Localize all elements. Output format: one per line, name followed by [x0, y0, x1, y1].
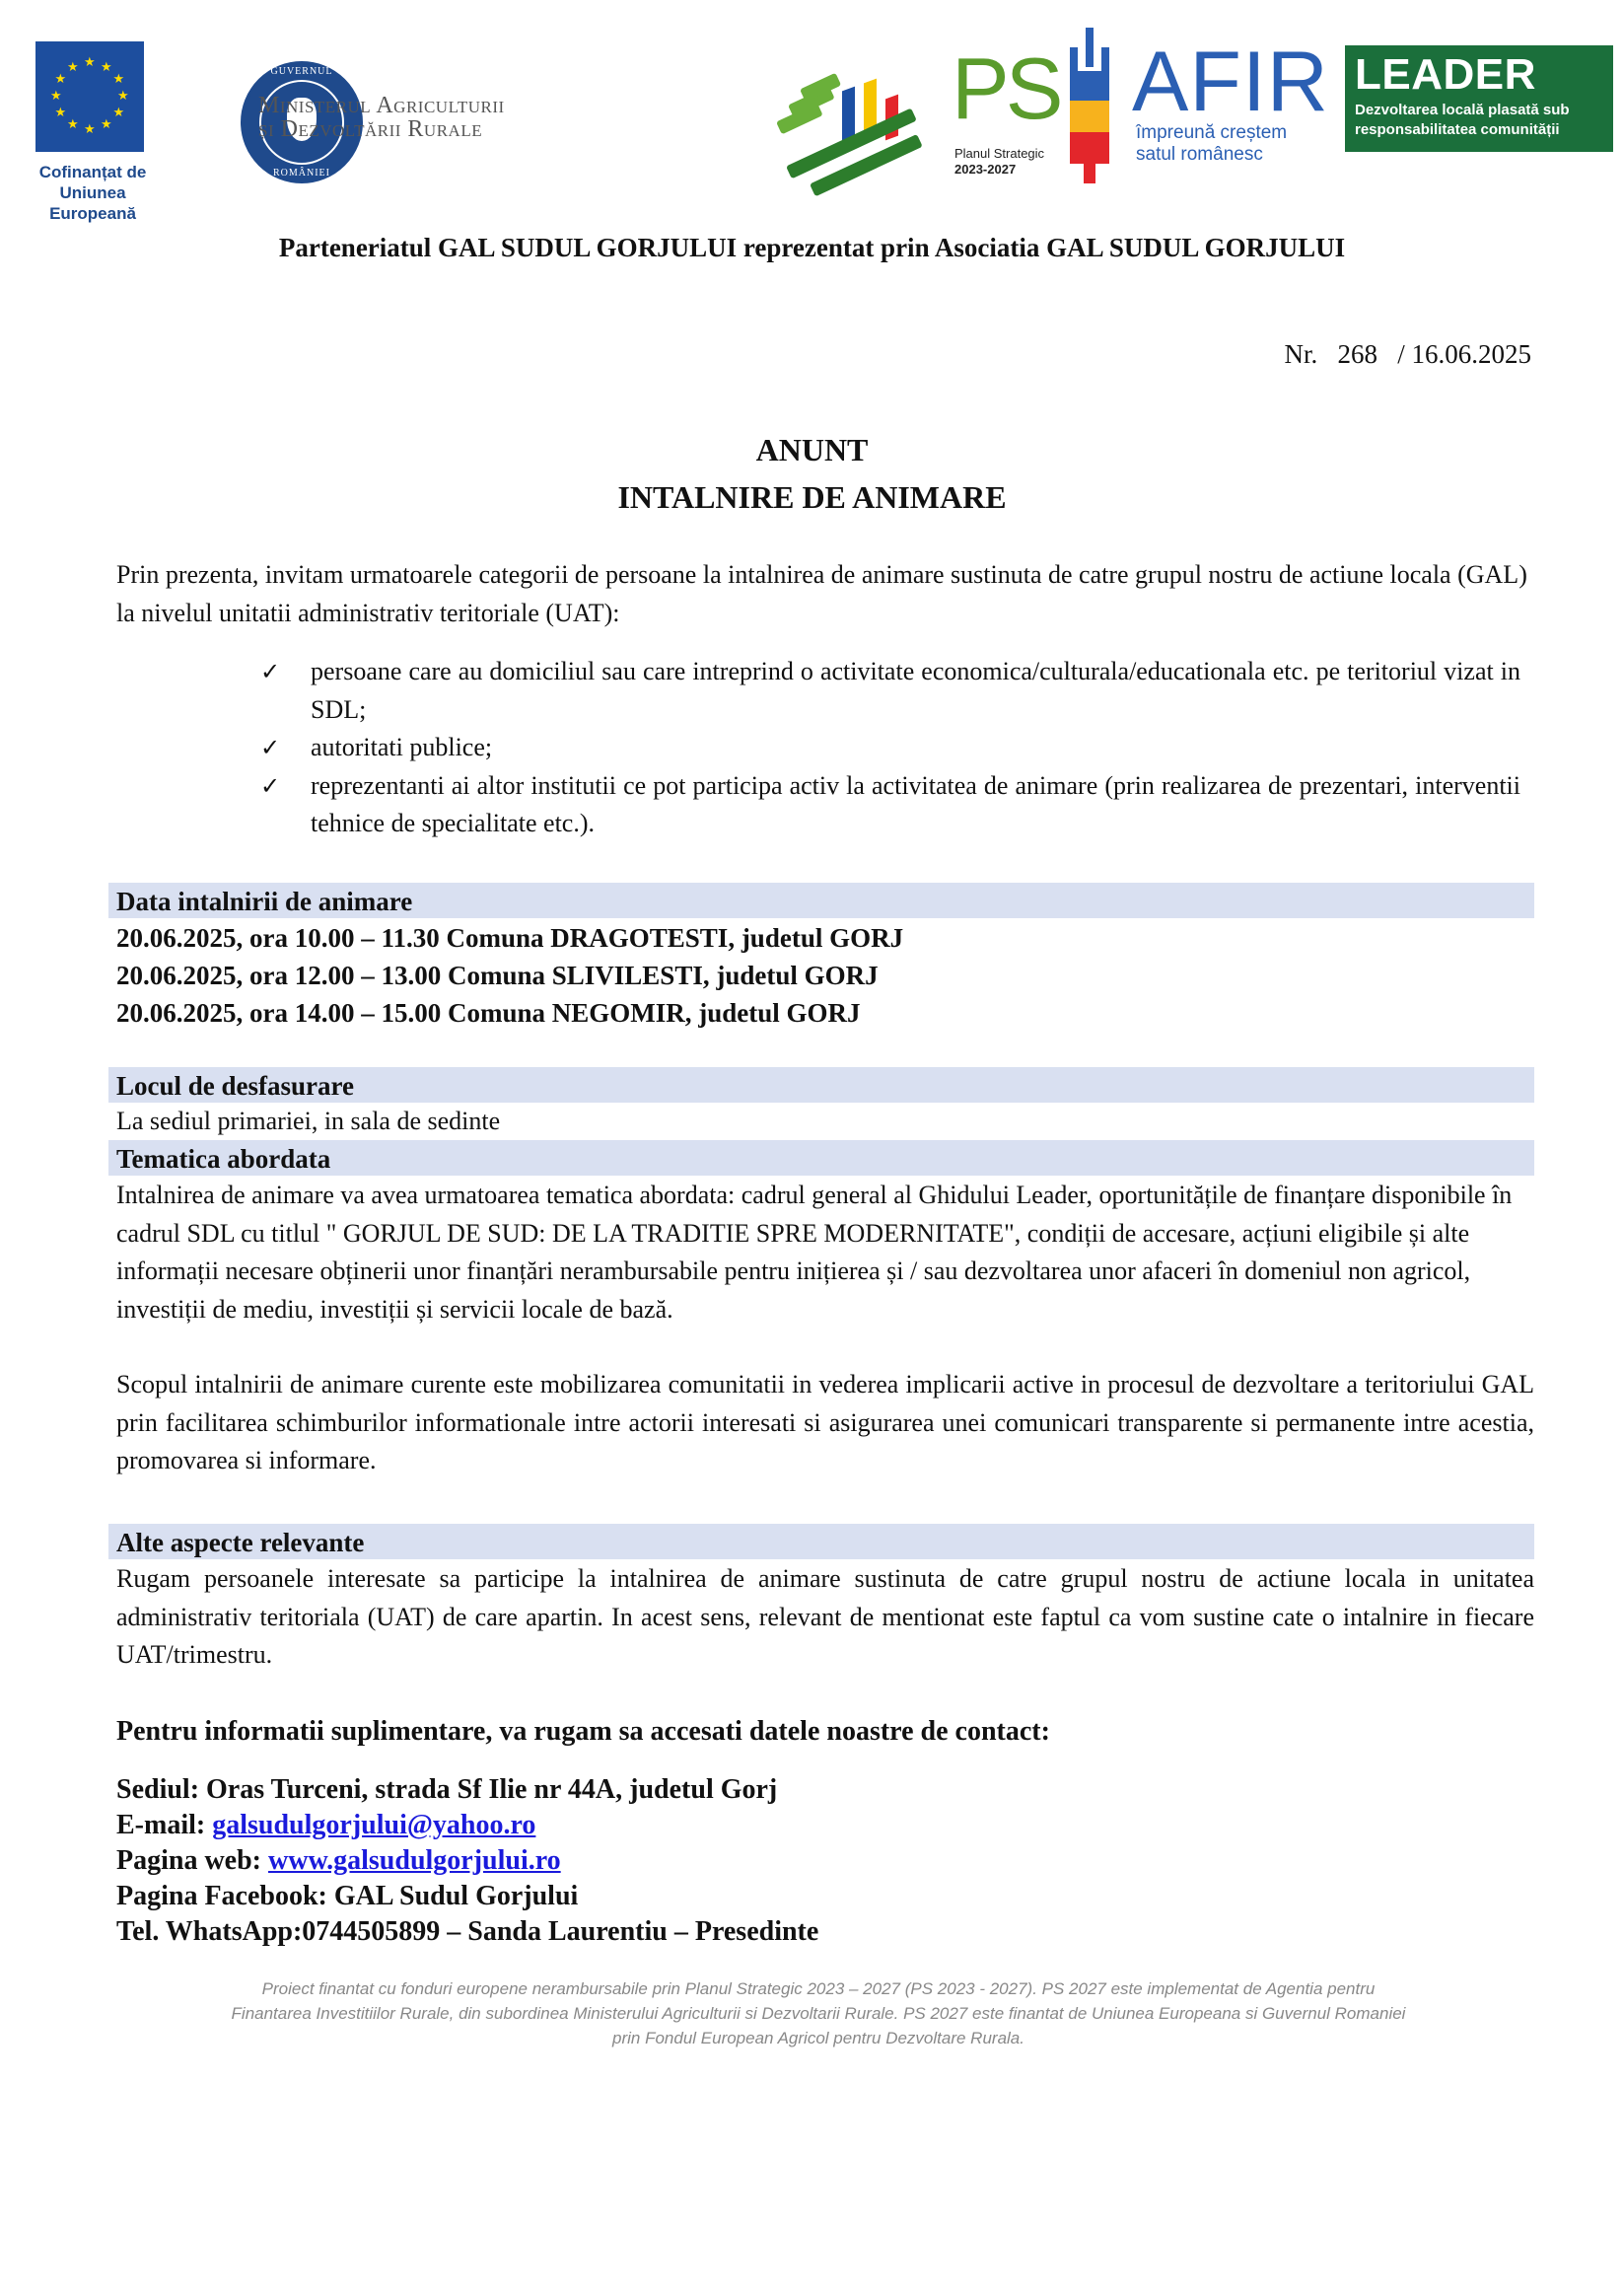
star-icon: ★ — [50, 90, 62, 103]
star-icon: ★ — [55, 73, 67, 86]
star-icon: ★ — [101, 118, 112, 131]
topic-paragraph: Intalnirea de animare va avea urmatoarea… — [116, 1177, 1534, 1328]
ps-subtitle: Planul Strategic 2023-2027 — [954, 146, 1044, 178]
other-paragraph: Rugam persoanele interesate sa participe… — [116, 1560, 1534, 1675]
star-icon: ★ — [84, 123, 96, 136]
ps-stripes-icon — [769, 28, 947, 185]
document-number: Nr. 268 / 16.06.2025 — [1284, 339, 1531, 370]
page-title: ANUNT INTALNIRE DE ANIMARE — [0, 426, 1624, 521]
check-icon: ✓ — [260, 767, 280, 806]
invitee-list: ✓ persoane care au domiciliul sau care i… — [258, 653, 1520, 843]
leader-logo: LEADER Dezvoltarea locală plasată sub re… — [1345, 45, 1613, 152]
contact-web: Pagina web: www.galsudulgorjului.ro — [116, 1843, 561, 1879]
meeting-line: 20.06.2025, ora 14.00 – 15.00 Comuna NEG… — [116, 994, 861, 1032]
ps-logo-text: PS — [952, 45, 1059, 132]
eu-flag-icon: ★★★★★★★★★★★★ — [35, 41, 144, 152]
funding-footer: Proiect finantat cu fonduri europene ner… — [118, 1976, 1518, 2050]
partnership-heading: Parteneriatul GAL SUDUL GORJULUI repreze… — [0, 233, 1624, 263]
location-text: La sediul primariei, in sala de sedinte — [116, 1103, 500, 1140]
logo-strip: ★★★★★★★★★★★★ Cofinanțat de Uniunea Europ… — [0, 0, 1624, 197]
star-icon: ★ — [67, 61, 79, 74]
afir-emblem-icon — [1068, 28, 1113, 183]
email-link[interactable]: galsudulgorjului@yahoo.ro — [212, 1810, 535, 1840]
contact-address: Sediul: Oras Turceni, strada Sf Ilie nr … — [116, 1772, 777, 1808]
star-icon: ★ — [112, 107, 124, 119]
check-icon: ✓ — [260, 729, 280, 767]
eu-caption: Cofinanțat de Uniunea Europeană — [24, 162, 162, 224]
eu-logo: ★★★★★★★★★★★★ Cofinanțat de Uniunea Europ… — [24, 41, 201, 224]
check-icon: ✓ — [260, 653, 280, 691]
section-heading-location: Locul de desfasurare — [108, 1067, 1534, 1103]
list-item: ✓ persoane care au domiciliul sau care i… — [258, 653, 1520, 729]
afir-logo-text: AFIR — [1132, 39, 1329, 124]
section-heading-other: Alte aspecte relevante — [108, 1524, 1534, 1559]
meeting-line: 20.06.2025, ora 10.00 – 11.30 Comuna DRA… — [116, 919, 903, 957]
contact-phone: Tel. WhatsApp:0744505899 – Sanda Laurent… — [116, 1914, 818, 1950]
star-icon: ★ — [55, 107, 67, 119]
contact-email: E-mail: galsudulgorjului@yahoo.ro — [116, 1808, 535, 1843]
contact-facebook: Pagina Facebook: GAL Sudul Gorjului — [116, 1879, 578, 1914]
intro-paragraph: Prin prezenta, invitam urmatoarele categ… — [116, 556, 1533, 632]
ministry-logo: Ministerul Agriculturii și Dezvoltării R… — [258, 94, 505, 141]
meeting-line: 20.06.2025, ora 12.00 – 13.00 Comuna SLI… — [116, 957, 879, 994]
star-icon: ★ — [112, 73, 124, 86]
star-icon: ★ — [84, 56, 96, 69]
list-item: ✓ autoritati publice; — [258, 729, 1520, 767]
list-item: ✓ reprezentanti ai altor institutii ce p… — [258, 767, 1520, 843]
section-heading-topic: Tematica abordata — [108, 1140, 1534, 1176]
website-link[interactable]: www.galsudulgorjului.ro — [268, 1845, 561, 1876]
star-icon: ★ — [101, 61, 112, 74]
contact-intro: Pentru informatii suplimentare, va rugam… — [116, 1714, 1050, 1750]
afir-tagline: împreună creștem satul românesc — [1136, 122, 1287, 166]
star-icon: ★ — [117, 90, 129, 103]
section-heading-date: Data intalnirii de animare — [108, 883, 1534, 918]
purpose-paragraph: Scopul intalnirii de animare curente est… — [116, 1366, 1534, 1480]
star-icon: ★ — [67, 118, 79, 131]
